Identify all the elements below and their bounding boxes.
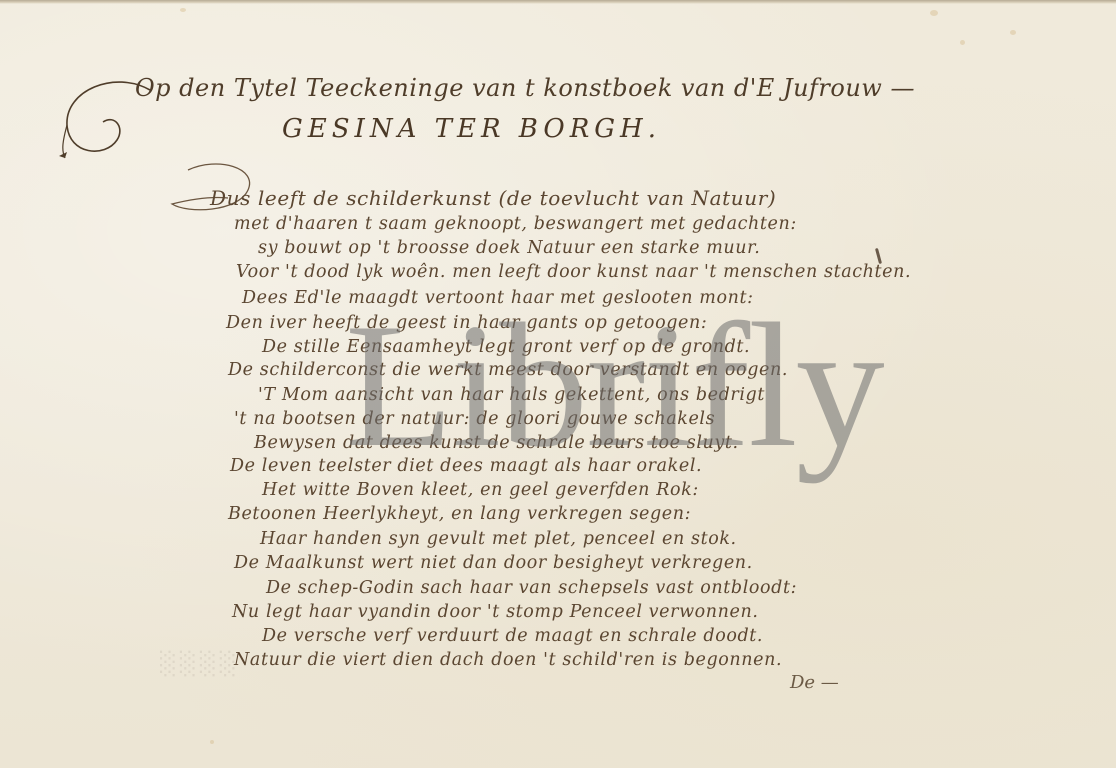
- catchword: De —: [790, 672, 839, 693]
- poem-line: Betoonen Heerlykheyt, en lang verkregen …: [228, 504, 691, 524]
- manuscript-page: Op den Tytel Teeckeninge van t konstboek…: [0, 0, 1116, 768]
- poem-line: 'T Mom aansicht van haar hals gekettent,…: [258, 385, 765, 405]
- poem-line: Dus leeft de schilderkunst (de toevlucht…: [210, 186, 776, 210]
- poem-line: Den iver heeft de geest in haar gants op…: [226, 313, 707, 333]
- poem-line: De Maalkunst wert niet dan door besighey…: [234, 553, 753, 573]
- poem-line: De leven teelster diet dees maagt als ha…: [230, 456, 702, 476]
- poem-line: 't na bootsen der natuur: de gloori gouw…: [234, 409, 715, 429]
- poem-line: Voor 't dood lyk woên. men leeft door ku…: [236, 262, 911, 282]
- faded-stamp: ░░░░: [160, 652, 240, 677]
- poem-line: De schep-Godin sach haar van schepsels v…: [266, 578, 797, 598]
- poem-line: Natuur die viert dien dach doen 't schil…: [234, 650, 782, 670]
- poem-line: Dees Ed'le maagdt vertoont haar met gesl…: [242, 288, 754, 308]
- poem-line: met d'haaren t saam geknoopt, beswangert…: [234, 214, 797, 234]
- poem-line: Nu legt haar vyandin door 't stomp Pence…: [232, 602, 759, 622]
- poem-line: Het witte Boven kleet, en geel geverfden…: [262, 480, 699, 500]
- poem-line: De versche verf verduurt de maagt en sch…: [262, 626, 763, 646]
- poem-line: De schilderconst die werkt meest door ve…: [228, 360, 788, 380]
- poem-line: De stille Eensaamheyt legt gront verf op…: [262, 337, 750, 357]
- poem-line: Bewysen dat dees kunst de schrale beurs …: [254, 433, 739, 453]
- poem-line: Haar handen syn gevult met plet, penceel…: [260, 529, 737, 549]
- poem-line: sy bouwt op 't broosse doek Natuur een s…: [258, 238, 760, 258]
